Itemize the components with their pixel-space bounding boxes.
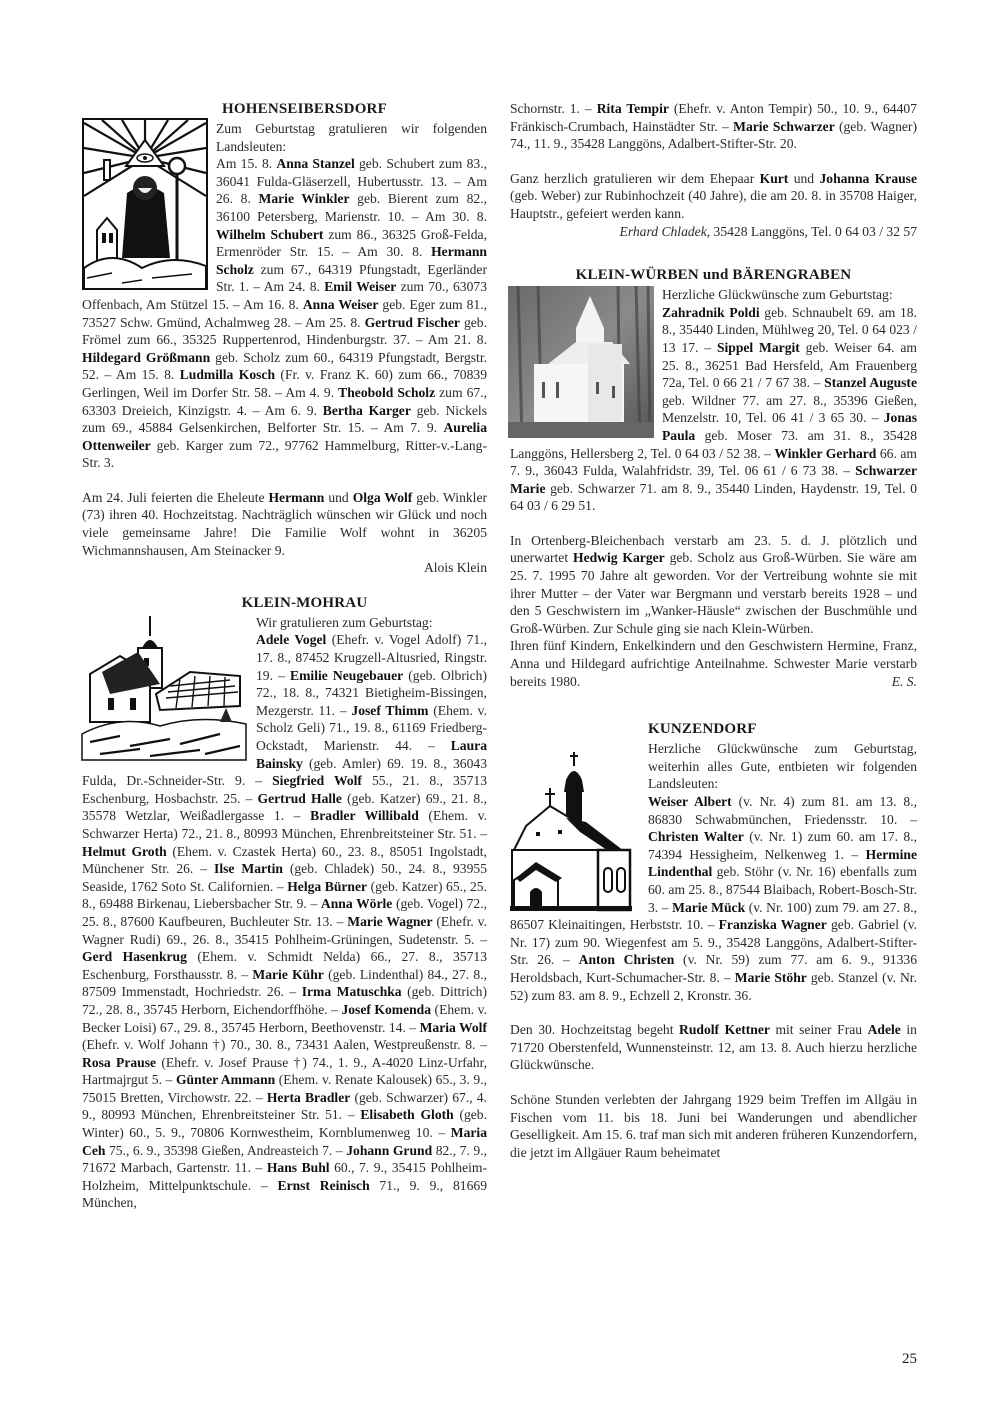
person-name: Josef Thimm — [351, 703, 428, 718]
chapel-photo-icon — [508, 286, 654, 438]
person-name: Ilse Martin — [214, 861, 283, 876]
left-column: HOHENSEIBERSDORF — [82, 100, 487, 1212]
person-name: Irma Matuschka — [302, 984, 402, 999]
person-name: Rudolf Kettner — [679, 1022, 770, 1037]
wedding-anniversary-wolf: Am 24. Juli feierten die Eheleute Herman… — [82, 489, 487, 577]
person-name: Hans Buhl — [267, 1160, 330, 1175]
ruby-wedding-krause: Ganz herzlich gratulieren wir dem Ehepaa… — [510, 170, 917, 240]
person-name: Marie Stöhr — [735, 970, 807, 985]
person-name: Günter Ammann — [176, 1072, 275, 1087]
person-name: Anna Wörle — [321, 896, 392, 911]
person-name: Kurt — [760, 171, 789, 186]
person-name: Anton Christen — [579, 952, 675, 967]
anniversary-kettner: Den 30. Hochzeitstag begeht Rudolf Kettn… — [510, 1021, 917, 1074]
person-name: Gertrud Halle — [258, 791, 342, 806]
section-klein-mohrau: KLEIN-MOHRAU — [82, 594, 487, 1212]
page-number: 25 — [902, 1351, 917, 1368]
person-name: Anna Weiser — [303, 297, 379, 312]
anniversary-text: Den 30. Hochzeitstag begeht Rudolf Kettn… — [510, 1021, 917, 1074]
person-name: Christen Walter — [648, 829, 744, 844]
section-hohenseibersdorf: HOHENSEIBERSDORF — [82, 100, 487, 472]
signature: Erhard Chladek, 35428 Langgöns, Tel. 0 6… — [510, 223, 917, 241]
person-name: Adele — [868, 1022, 901, 1037]
person-name: Johanna Krause — [819, 171, 917, 186]
person-name: Rita Tempir — [597, 101, 669, 116]
person-name: Marie Winkler — [259, 191, 350, 206]
person-name: Winkler Gerhard — [774, 446, 876, 461]
meeting-text: Schöne Stunden verlebten der Jahrgang 19… — [510, 1091, 917, 1161]
person-name: Weiser Albert — [648, 794, 732, 809]
person-name: Marie Wagner — [347, 914, 432, 929]
person-name: Adele Vogel — [256, 632, 326, 647]
person-name: Ernst Reinisch — [278, 1178, 370, 1193]
person-name: Helmut Groth — [82, 844, 167, 859]
person-name: Helga Bürner — [287, 879, 367, 894]
section-title: KUNZENDORF — [510, 720, 917, 738]
person-name: Olga Wolf — [353, 490, 413, 505]
person-name: Rosa Prause — [82, 1055, 156, 1070]
condolence-text: Ihren fünf Kindern, Enkelkindern und den… — [510, 637, 917, 690]
person-name: Emil Weiser — [324, 279, 396, 294]
wedding-text: Ganz herzlich gratulieren wir dem Ehepaa… — [510, 170, 917, 223]
section-title: HOHENSEIBERSDORF — [82, 100, 487, 118]
person-name: Bertha Karger — [323, 403, 411, 418]
person-name: Stanzel Auguste — [824, 375, 917, 390]
village-church-drawing-icon — [80, 614, 248, 762]
person-name: Sippel Margit — [717, 340, 800, 355]
jahrgang-1929-meeting: Schöne Stunden verlebten der Jahrgang 19… — [510, 1091, 917, 1161]
section-klein-wuerben: KLEIN-WÜRBEN und BÄRENGRABEN — [510, 266, 917, 515]
person-name: Ludmilla Kosch — [180, 367, 275, 382]
person-name: Maria Wolf — [420, 1020, 487, 1035]
person-name: Gertrud Fischer — [365, 315, 460, 330]
person-name: Marie Kühr — [252, 967, 323, 982]
wedding-text: Am 24. Juli feierten die Eheleute Herman… — [82, 489, 487, 559]
right-column: Schornstr. 1. – Rita Tempir (Ehefr. v. A… — [510, 100, 917, 1161]
person-name: Marie Schwarzer — [733, 119, 835, 134]
klein-mohrau-continuation: Schornstr. 1. – Rita Tempir (Ehefr. v. A… — [510, 100, 917, 153]
person-name: Theobold Scholz — [338, 385, 435, 400]
person-name: Siegfried Wolf — [272, 773, 362, 788]
section-title: KLEIN-WÜRBEN und BÄRENGRABEN — [510, 266, 917, 284]
person-name: Josef Komenda — [341, 1002, 431, 1017]
person-name: Franziska Wagner — [719, 917, 827, 932]
person-name: Bradler Willibald — [310, 808, 419, 823]
baroque-church-drawing-icon — [506, 750, 634, 912]
obituary-hedwig-karger: In Ortenberg-Bleichenbach verstarb am 23… — [510, 532, 917, 690]
person-name: Marie Mück — [672, 900, 745, 915]
signature: E. S. — [892, 673, 917, 691]
person-name: Anna Stanzel — [276, 156, 354, 171]
person-name: Gerd Hasenkrug — [82, 949, 187, 964]
woodcut-saint-icon — [82, 118, 208, 290]
person-name: Johann Grund — [346, 1143, 432, 1158]
person-name: Hildegard Größmann — [82, 350, 210, 365]
section-kunzendorf: KUNZENDORF Herzliche Glückwünsche zum Ge… — [510, 720, 917, 1004]
person-name: Hedwig Karger — [573, 550, 665, 565]
section-title: KLEIN-MOHRAU — [82, 594, 487, 612]
birthday-list: Schornstr. 1. – Rita Tempir (Ehefr. v. A… — [510, 100, 917, 153]
person-name: Wilhelm Schubert — [216, 227, 323, 242]
person-name: Emilie Neugebauer — [290, 668, 403, 683]
person-name: Elisabeth Gloth — [360, 1107, 453, 1122]
signature: Alois Klein — [82, 559, 487, 577]
person-name: Hermann — [268, 490, 324, 505]
person-name: Herta Bradler — [267, 1090, 350, 1105]
person-name: Zahradnik Poldi — [662, 305, 760, 320]
obituary-text: In Ortenberg-Bleichenbach verstarb am 23… — [510, 532, 917, 638]
